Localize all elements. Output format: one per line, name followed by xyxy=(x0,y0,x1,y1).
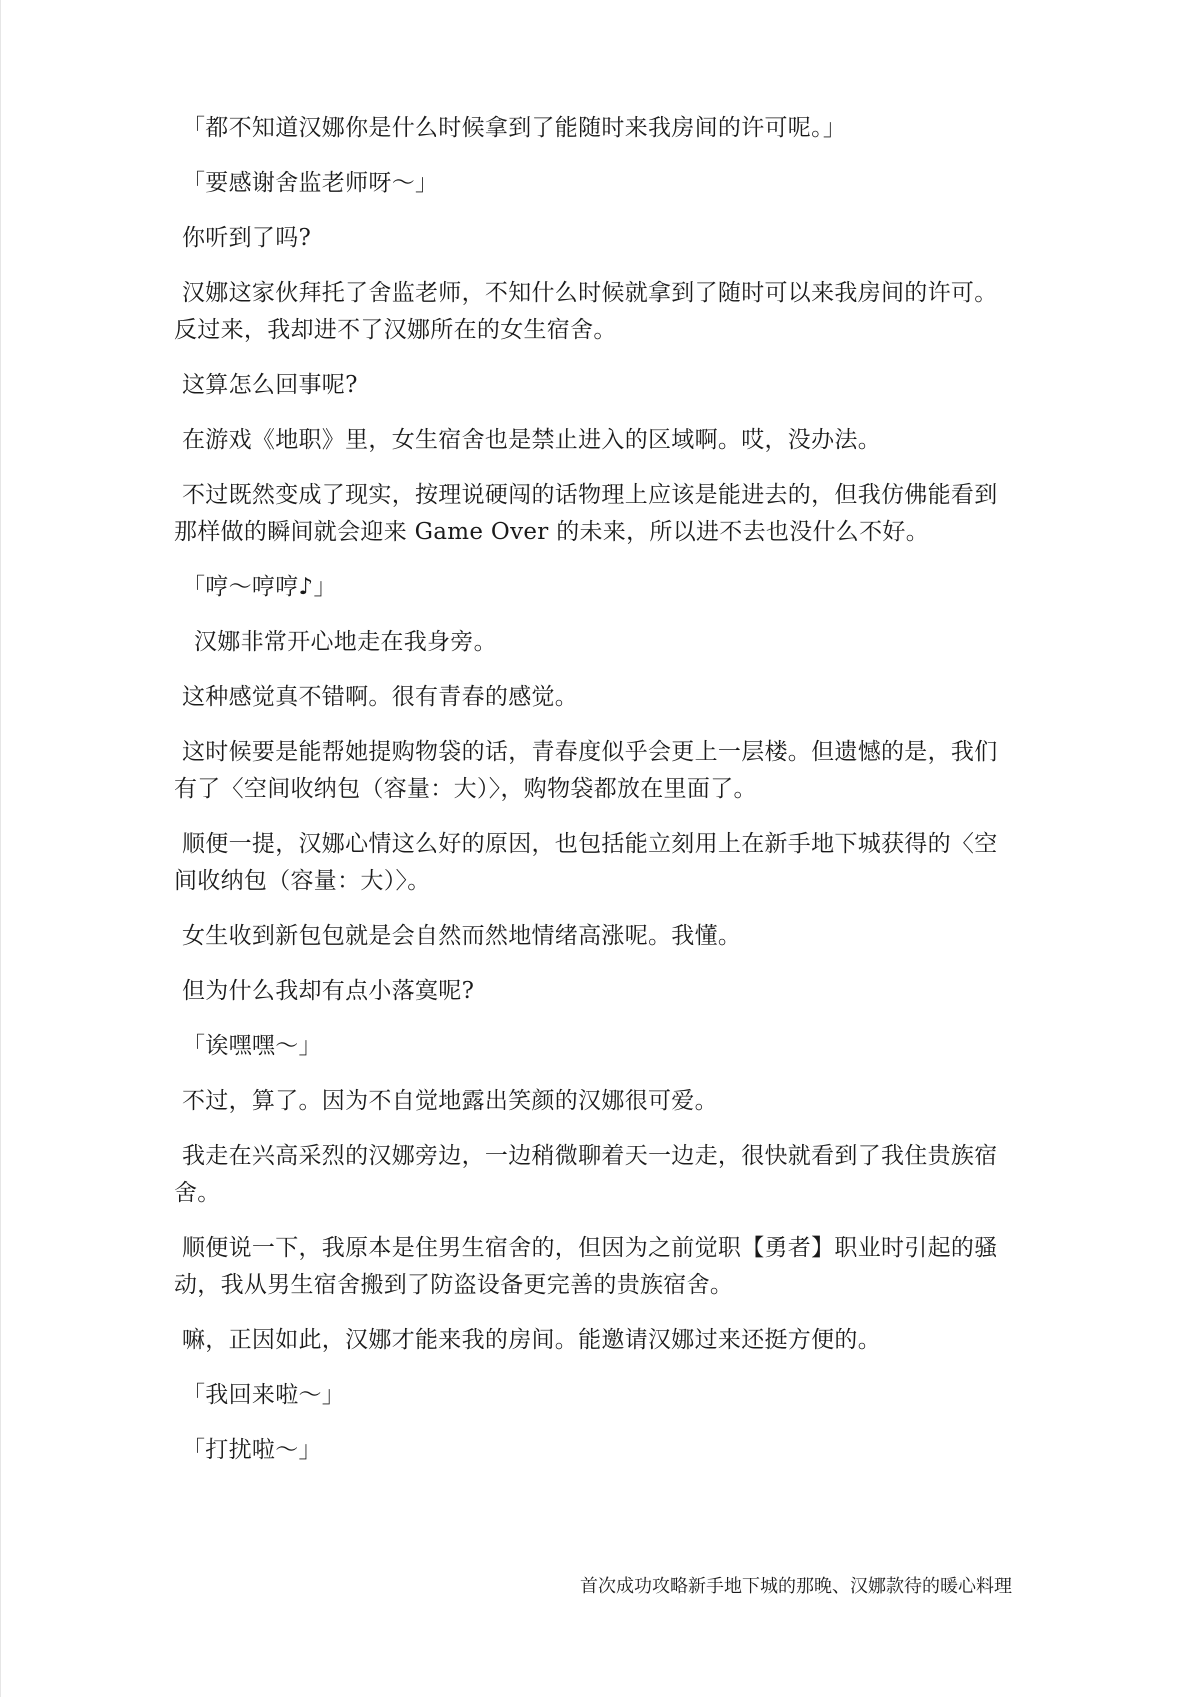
dialogue-line: 「打扰啦～」 xyxy=(174,1432,1020,1469)
narration-paragraph: 不过既然变成了现实，按理说硬闯的话物理上应该是能进去的，但我仿佛能看到那样做的瞬… xyxy=(174,477,1020,551)
narration-paragraph: 嘛，正因如此，汉娜才能来我的房间。能邀请汉娜过来还挺方便的。 xyxy=(174,1322,1020,1359)
dialogue-line: 「哼～哼哼♪」 xyxy=(174,569,1020,606)
dialogue-line: 「我回来啦～」 xyxy=(174,1377,1020,1414)
body-text: 「都不知道汉娜你是什么时候拿到了能随时来我房间的许可呢。」 「要感谢舍监老师呀～… xyxy=(174,110,1020,1487)
running-footer-chapter-title: 首次成功攻略新手地下城的那晚、汉娜款待的暖心料理 xyxy=(580,1574,1012,1600)
narration-paragraph: 我走在兴高采烈的汉娜旁边，一边稍微聊着天一边走，很快就看到了我住贵族宿舍。 xyxy=(174,1138,1020,1212)
narration-paragraph: 你听到了吗? xyxy=(174,220,1020,257)
page-edge-line xyxy=(0,0,1,1697)
dialogue-line: 「诶嘿嘿～」 xyxy=(174,1028,1020,1065)
narration-paragraph: 顺便说一下，我原本是住男生宿舍的，但因为之前觉职【勇者】职业时引起的骚动，我从男… xyxy=(174,1230,1020,1304)
dialogue-line: 「都不知道汉娜你是什么时候拿到了能随时来我房间的许可呢。」 xyxy=(174,110,1020,147)
narration-paragraph: 但为什么我却有点小落寞呢? xyxy=(174,973,1020,1010)
narration-paragraph: 不过，算了。因为不自觉地露出笑颜的汉娜很可爱。 xyxy=(174,1083,1020,1120)
narration-paragraph: 女生收到新包包就是会自然而然地情绪高涨呢。我懂。 xyxy=(174,918,1020,955)
narration-paragraph: 顺便一提，汉娜心情这么好的原因，也包括能立刻用上在新手地下城获得的〈空间收纳包（… xyxy=(174,826,1020,900)
narration-paragraph: 这种感觉真不错啊。很有青春的感觉。 xyxy=(174,679,1020,716)
narration-paragraph: 汉娜这家伙拜托了舍监老师，不知什么时候就拿到了随时可以来我房间的许可。反过来，我… xyxy=(174,275,1020,349)
narration-paragraph: 这算怎么回事呢? xyxy=(174,367,1020,404)
narration-paragraph: 汉娜非常开心地走在我身旁。 xyxy=(174,624,1020,661)
narration-paragraph: 这时候要是能帮她提购物袋的话，青春度似乎会更上一层楼。但遗憾的是，我们有了〈空间… xyxy=(174,734,1020,808)
dialogue-line: 「要感谢舍监老师呀～」 xyxy=(174,165,1020,202)
narration-paragraph: 在游戏《地职》里，女生宿舍也是禁止进入的区域啊。哎，没办法。 xyxy=(174,422,1020,459)
